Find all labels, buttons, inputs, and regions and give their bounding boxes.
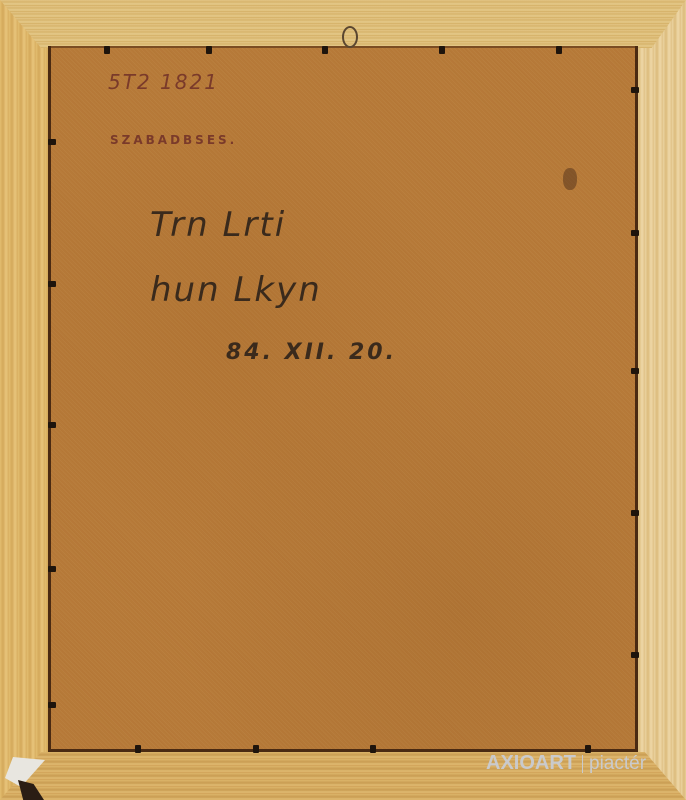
nail-icon <box>104 46 110 54</box>
nail-icon <box>48 566 56 572</box>
nail-icon <box>631 510 639 516</box>
nail-icon <box>48 422 56 428</box>
nail-icon <box>439 46 445 54</box>
frame-left-rail <box>0 0 48 800</box>
hardboard-backing <box>48 46 638 752</box>
nail-icon <box>48 702 56 708</box>
nail-icon <box>48 281 56 287</box>
nail-icon <box>631 230 639 236</box>
painting-back-photo: 5T2 1821 SZABADBSES. Trn Lrti hun Lkyn 8… <box>0 0 686 800</box>
inventory-number: 5T2 1821 <box>108 70 219 94</box>
nail-icon <box>322 46 328 54</box>
stamp-text: SZABADBSES. <box>110 133 237 147</box>
nail-icon <box>48 139 56 145</box>
signature-line-2: hun Lkyn <box>150 270 322 310</box>
frame-right-rail <box>636 0 686 800</box>
nail-icon <box>556 46 562 54</box>
watermark-sub: piactér <box>589 753 646 775</box>
nail-icon <box>253 745 259 753</box>
signature-line-1: Trn Lrti <box>150 205 286 245</box>
date-inscription: 84. XII. 20. <box>226 340 397 365</box>
nail-icon <box>135 745 141 753</box>
nail-icon <box>370 745 376 753</box>
watermark-separator <box>582 755 583 773</box>
nail-icon <box>631 368 639 374</box>
hanging-ring-icon <box>342 26 358 48</box>
nail-icon <box>206 46 212 54</box>
ink-smudge <box>563 168 577 190</box>
nail-icon <box>631 87 639 93</box>
nail-icon <box>631 652 639 658</box>
watermark-brand: AXIOART <box>486 752 576 775</box>
watermark: AXIOART piactér <box>486 752 646 775</box>
